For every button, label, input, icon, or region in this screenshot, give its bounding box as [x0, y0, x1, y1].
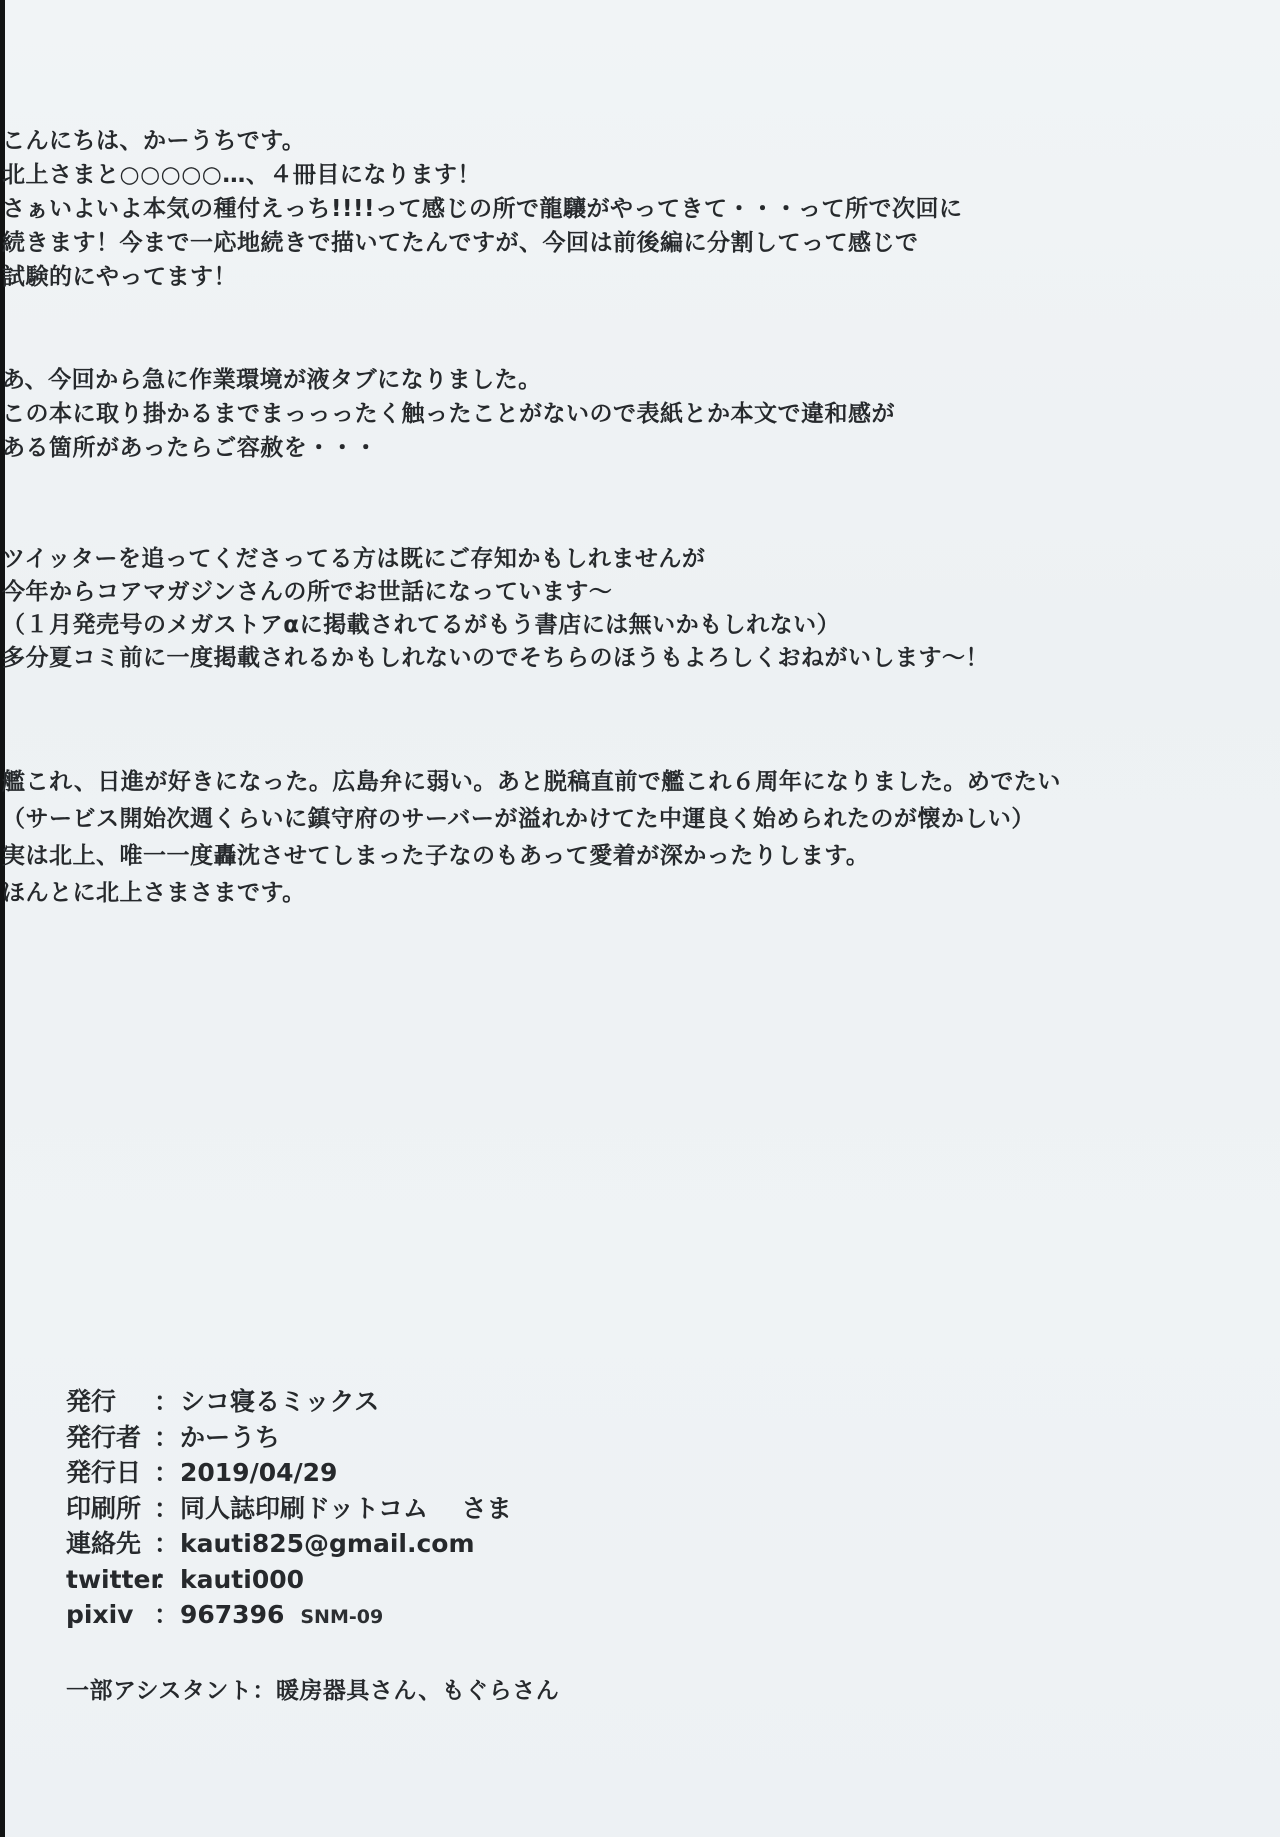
colophon-code-snm: SNM-09 — [300, 1600, 383, 1636]
colophon-separator: ： — [154, 1420, 180, 1456]
afterword-paragraph-kancolle: 艦これ、日進が好きになった。広島弁に弱い。あと脱稿直前で艦これ６周年になりました… — [2, 764, 1061, 912]
afterword-paragraph-magazine-news: ツイッターを追ってくださってる方は既にご存知かもしれませんが 今年からコアマガジ… — [2, 543, 989, 675]
colophon-label: 印刷所 — [66, 1491, 154, 1527]
colophon-label: twitter — [66, 1562, 154, 1598]
paragraph-line: ある箇所があったらご容赦を・・・ — [2, 431, 895, 465]
paragraph-line: 実は北上、唯一一度轟沈させてしまった子なのもあって愛着が深かったりします。 — [2, 838, 1061, 875]
colophon-row-publisher: 発行 ： シコ寝るミックス — [66, 1384, 512, 1420]
colophon-separator: ： — [154, 1384, 180, 1420]
colophon-value: 同人誌印刷ドットコム さま — [180, 1491, 512, 1527]
colophon-row-contact-email: 連絡先 ： kauti825@gmail.com — [66, 1526, 512, 1562]
paragraph-line: 多分夏コミ前に一度掲載されるかもしれないのでそちらのほうもよろしくおねがいします… — [2, 642, 989, 675]
paragraph-line: （サービス開始次週くらいに鎮守府のサーバーが溢れかけてた中運良く始められたのが懐… — [2, 801, 1061, 838]
colophon-row-twitter: twitter ： kauti000 — [66, 1562, 512, 1598]
paragraph-line: ほんとに北上さまさまです。 — [2, 875, 1061, 912]
afterword-paragraph-work-environment: あ、今回から急に作業環境が液タブになりました。 この本に取り掛かるまでまっっった… — [2, 363, 895, 465]
colophon-label: 連絡先 — [66, 1526, 154, 1562]
scanned-afterword-page: こんにちは、かーうちです。 北上さまと○○○○○…、４冊目になります！ さぁいよ… — [0, 0, 1280, 1837]
paragraph-line: 今年からコアマガジンさんの所でお世話になっています～ — [2, 576, 989, 609]
colophon-label: 発行日 — [66, 1455, 154, 1491]
colophon-value: シコ寝るミックス — [180, 1384, 379, 1420]
colophon-separator: ： — [154, 1597, 180, 1633]
paragraph-line: 北上さまと○○○○○…、４冊目になります！ — [2, 158, 962, 192]
colophon-row-author: 発行者 ： かーうち — [66, 1420, 512, 1456]
colophon-value: 2019/04/29 — [180, 1455, 337, 1491]
paragraph-line: 続きます！今まで一応地続きで描いてたんですが、今回は前後編に分割してって感じで — [2, 226, 962, 260]
paragraph-line: （１月発売号のメガストアαに掲載されてるがもう書店には無いかもしれない） — [2, 609, 989, 642]
colophon-label: 発行者 — [66, 1420, 154, 1456]
colophon-twitter-value: kauti000 — [180, 1562, 304, 1598]
paragraph-line: あ、今回から急に作業環境が液タブになりました。 — [2, 363, 895, 397]
colophon-separator: ： — [154, 1562, 180, 1598]
paragraph-line: 試験的にやってます！ — [2, 260, 962, 294]
colophon-email-value: kauti825@gmail.com — [180, 1526, 475, 1562]
afterword-paragraph-greeting: こんにちは、かーうちです。 北上さまと○○○○○…、４冊目になります！ さぁいよ… — [2, 124, 962, 294]
colophon: 発行 ： シコ寝るミックス 発行者 ： かーうち 発行日 ： 2019/04/2… — [66, 1384, 512, 1633]
colophon-label: 発行 — [66, 1384, 154, 1420]
colophon-separator: ： — [154, 1491, 180, 1527]
paragraph-line: さぁいよいよ本気の種付えっち!!!!って感じの所で龍驤がやってきて・・・って所で… — [2, 192, 962, 226]
colophon-separator: ： — [154, 1526, 180, 1562]
paragraph-line: 艦これ、日進が好きになった。広島弁に弱い。あと脱稿直前で艦これ６周年になりました… — [2, 764, 1061, 801]
colophon-pixiv-value: 967396 — [180, 1597, 284, 1633]
assistant-credit: 一部アシスタント：暖房器具さん、もぐらさん — [66, 1674, 559, 1708]
paragraph-line: この本に取り掛かるまでまっっったく触ったことがないので表紙とか本文で違和感が — [2, 397, 895, 431]
colophon-row-publish-date: 発行日 ： 2019/04/29 — [66, 1455, 512, 1491]
colophon-separator: ： — [154, 1455, 180, 1491]
paragraph-line: こんにちは、かーうちです。 — [2, 124, 962, 158]
colophon-label: pixiv — [66, 1597, 154, 1633]
paragraph-line: ツイッターを追ってくださってる方は既にご存知かもしれませんが — [2, 543, 989, 576]
colophon-row-printer: 印刷所 ： 同人誌印刷ドットコム さま — [66, 1491, 512, 1527]
colophon-row-pixiv: pixiv ： 967396 SNM-09 — [66, 1597, 512, 1633]
colophon-value: かーうち — [180, 1420, 280, 1456]
